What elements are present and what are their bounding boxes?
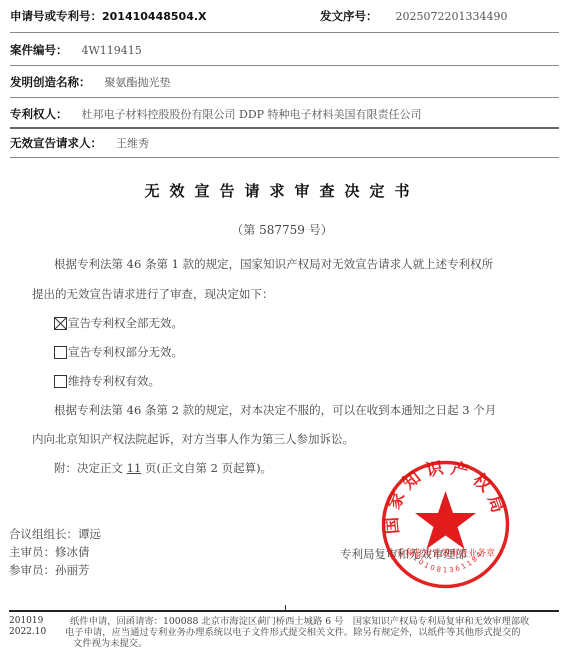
appeal-line-1: 根据专利法第 46 条第 2 款的规定，对本决定不服的，可以在收到本通知之日起 … [32,402,534,418]
case-number-label: 案件编号： [10,43,68,57]
application-number-label: 申请号或专利号： [10,9,102,23]
attachment-suffix: 页(正文自第 2 页起算)。 [141,461,272,475]
decision-number: （第 587759 号） [0,221,564,238]
option-invalidate-partial: 宣告专利权部分无效。 [54,344,183,360]
footer-line-2: 电子申请，应当通过专利业务办理系统以电子文件形式提交相关文件。除另有规定外，以纸… [65,627,559,638]
divider [10,97,559,98]
requester: 王维秀 [116,137,149,150]
panel-leader: 合议组组长：谭远 [9,526,101,543]
official-seal: 国 家 知 识 产 权 局 专利复审无效审查业务章 1 1 0 1 0 8 1 … [378,457,513,592]
checkbox-unchecked-icon [54,375,67,388]
requester-row: 无效宣告请求人：王维秀 [10,135,556,152]
invention-title-label: 发明创造名称： [10,75,91,89]
intro-line-1: 根据专利法第 46 条第 1 款的规定，国家知识产权局对无效宣告请求人就上述专利… [32,256,534,272]
option-invalidate-all: 宣告专利权全部无效。 [54,315,183,331]
attachment-prefix: 附：决定正文 [54,461,127,475]
footer-tick [285,605,286,611]
application-number: 201410448504.X [102,10,207,23]
divider [10,157,559,158]
patentee-label: 专利权人： [10,107,68,121]
option-maintain-valid: 维持专利权有效。 [54,373,160,389]
case-number-row: 案件编号：4W119415 [10,42,556,59]
checkbox-checked-icon [54,317,67,330]
option-label: 宣告专利权全部无效。 [68,315,183,331]
divider [10,65,559,66]
form-version: 2022.10 [9,627,46,638]
dispatch-number: 2025072201334490 [396,10,508,23]
seal-icon: 国 家 知 识 产 权 局 专利复审无效审查业务章 1 1 0 1 0 8 1 … [378,457,513,592]
divider [10,127,559,129]
option-label: 维持专利权有效。 [68,373,160,389]
footer-line-1: 纸件申请，回函请寄：100088 北京市海淀区蓟门桥西土城路 6 号 国家知识产… [70,616,559,627]
checkbox-unchecked-icon [54,346,67,359]
requester-label: 无效宣告请求人： [10,136,102,150]
chief-examiner: 主审员：修冰倩 [9,544,90,561]
patentee-row: 专利权人：杜邦电子材料控股股份有限公司 DDP 特种电子材料美国有限责任公司 [10,106,556,123]
associate-examiner: 参审员：孙丽芳 [9,562,90,579]
footer-line-3: 文件视为未提交。 [73,638,559,649]
footer-divider [9,610,559,612]
intro-line-2: 提出的无效宣告请求进行了审查，现决定如下： [32,286,534,302]
invention-title-row: 发明创造名称：聚氨酯抛光垫 [10,74,556,91]
attachment-pages: 11 [127,461,142,475]
form-code: 201019 [9,616,43,627]
case-number: 4W119415 [82,44,142,57]
option-label: 宣告专利权部分无效。 [68,344,183,360]
document-title: 无效宣告请求审查决定书 [0,180,564,201]
divider [10,32,559,33]
patentee: 杜邦电子材料控股股份有限公司 DDP 特种电子材料美国有限责任公司 [82,108,422,121]
appeal-line-2: 内向北京知识产权法院起诉，对方当事人作为第三人参加诉讼。 [32,431,534,447]
dispatch-number-label: 发文序号： [320,9,378,23]
application-number-row: 申请号或专利号：201410448504.X 发文序号：202507220133… [10,8,556,25]
invention-title: 聚氨酯抛光垫 [105,76,171,89]
